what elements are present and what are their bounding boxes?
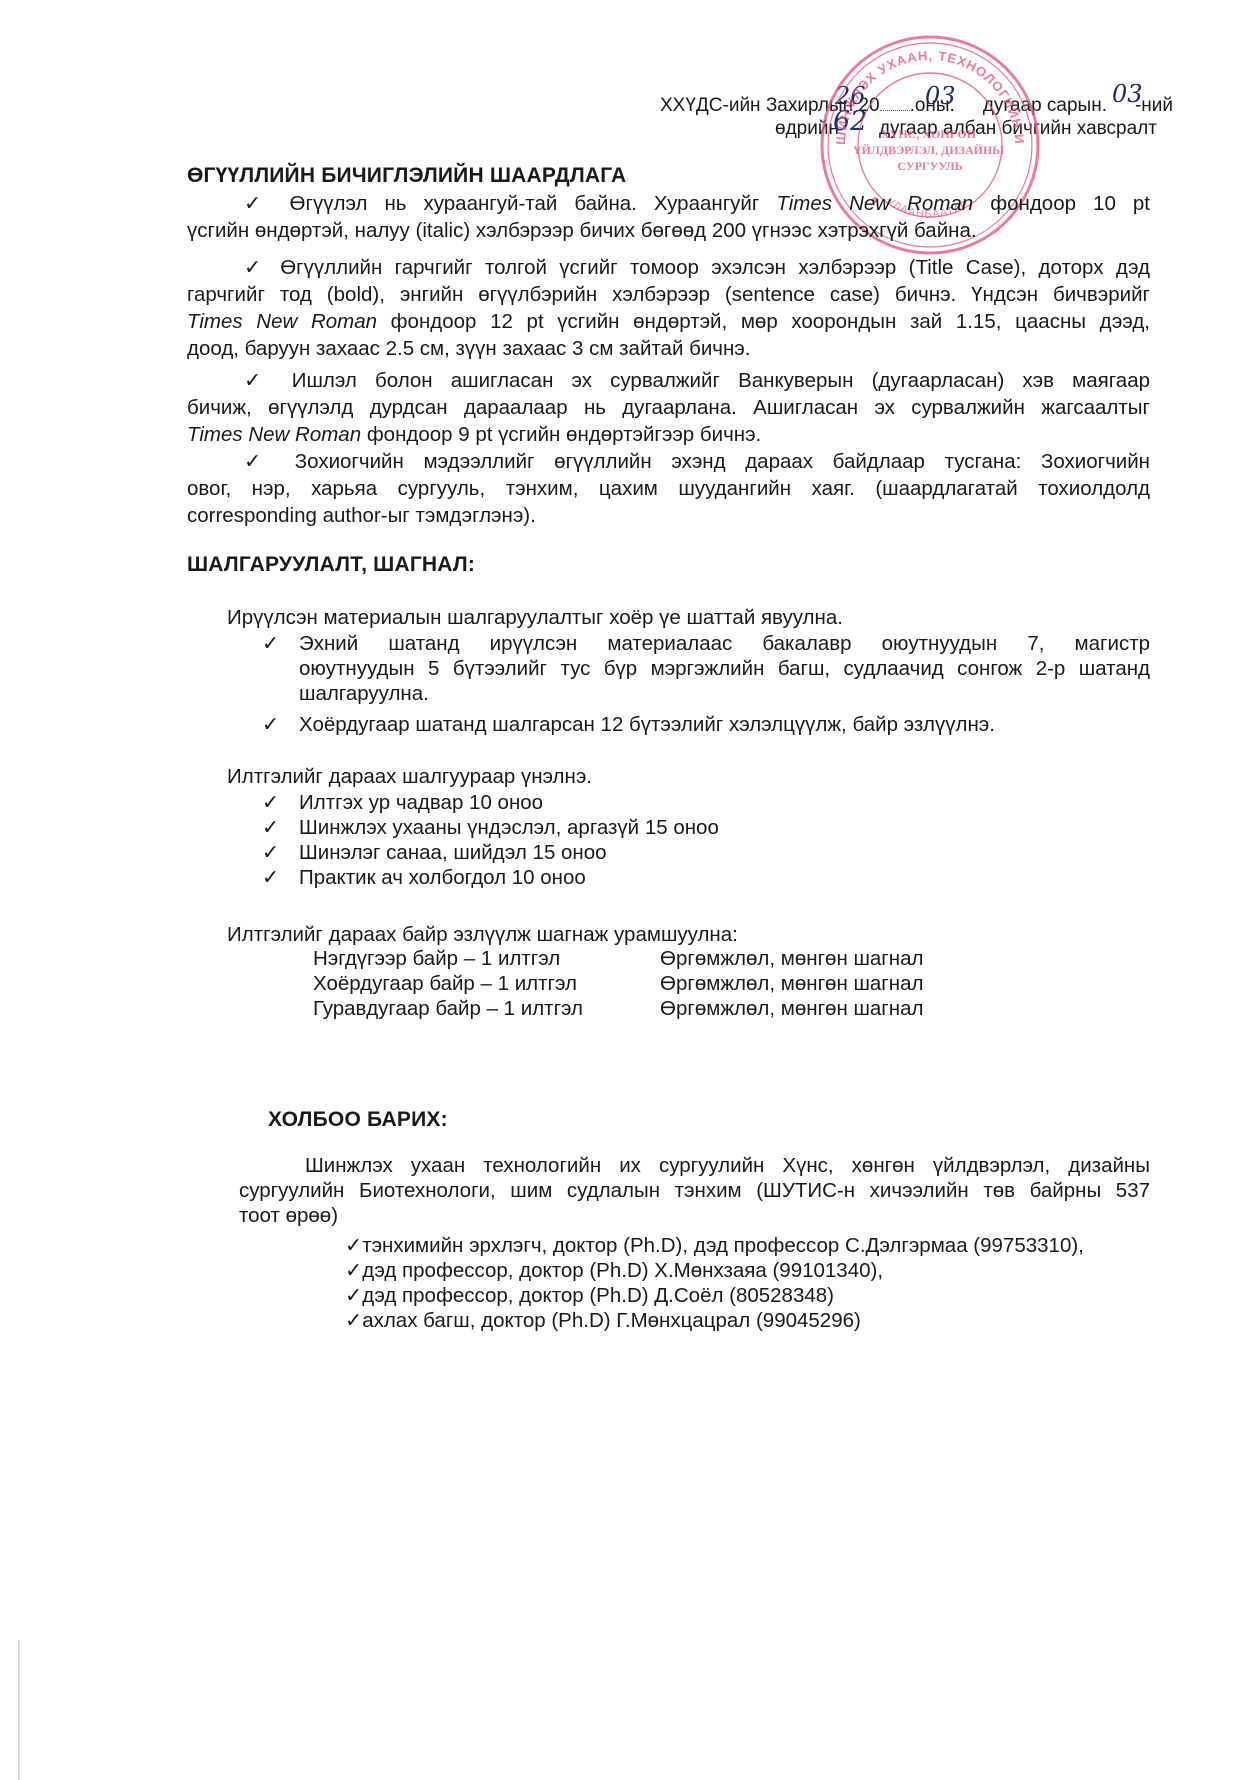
scan-edge xyxy=(18,1640,20,1780)
address-line: Шинжлэх ухаан технологийн их сургуулийн … xyxy=(305,1152,1150,1179)
check-icon: ✓ xyxy=(345,1259,362,1282)
paragraph-line: ✓ Өгүүллийн гарчгийг толгой үсгийг томоо… xyxy=(244,254,1150,281)
contact-item: ✓ахлах багш, доктор (Ph.D) Г.Мөнхцацрал … xyxy=(345,1307,861,1334)
award-prize: Өргөмжлөл, мөнгөн шагнал xyxy=(660,945,923,972)
handwritten-day: 03 xyxy=(1112,80,1143,108)
paragraph-line: ✓ Ишлэл болон ашигласан эх сурвалжийг Ва… xyxy=(244,367,1150,394)
stage-line: оюутнуудын 5 бүтээлийг тус бүр мэргэжлий… xyxy=(299,655,1150,682)
selection-intro: Ирүүлсэн материалын шалгаруулалтыг хоёр … xyxy=(227,604,843,631)
address-line: тоот өрөө) xyxy=(239,1202,338,1229)
awards-intro: Илтгэлийг дараах байр эзлүүлж шагнаж ура… xyxy=(227,921,738,948)
paragraph-line: бичиж, өгүүлэлд дурдсан дараалаар нь дуг… xyxy=(187,394,1150,421)
check-icon: ✓ xyxy=(345,1234,362,1257)
stage-line: шалгаруулна. xyxy=(299,680,429,707)
contact-text: дэд профессор, доктор (Ph.D) Х.Мөнхзаяа … xyxy=(362,1259,883,1282)
check-icon: ✓ xyxy=(345,1309,362,1332)
header-text: өдрийн xyxy=(775,118,839,139)
section-title-requirements: ӨГҮҮЛЛИЙН БИЧИГЛЭЛИЙН ШААРДЛАГА xyxy=(187,164,626,188)
header-text: дугаар албан бичгийн хавсралт xyxy=(879,118,1157,139)
check-icon: ✓ xyxy=(262,864,279,891)
paragraph-line: овог, нэр, харьяа сургууль, тэнхим, цахи… xyxy=(187,475,1150,502)
paragraph-line: Times New Roman фондоор 9 pt үсгийн өндө… xyxy=(187,421,761,448)
paragraph-line: үсгийн өндөртэй, налуу (italic) хэлбэрээ… xyxy=(187,217,977,244)
address-line: сургуулийн Биотехнологи, шим судлалын тэ… xyxy=(239,1177,1150,1204)
paragraph-line: Times New Roman фондоор 12 pt үсгийн өнд… xyxy=(187,308,1150,335)
check-icon: ✓ xyxy=(345,1284,362,1307)
stamp-center-3: СУРГУУЛЬ xyxy=(897,159,962,173)
paragraph-line: ✓ Зохиогчийн мэдээллийг өгүүллийн эхэнд … xyxy=(244,448,1150,475)
criterion-item: Шинэлэг санаа, шийдэл 15 оноо xyxy=(299,839,607,866)
criterion-item: Илтгэх ур чадвар 10 оноо xyxy=(299,789,543,816)
handwritten-number: 62 xyxy=(833,106,867,137)
paragraph-line: доод, баруун захаас 2.5 см, зүүн захаас … xyxy=(187,335,750,362)
criterion-item: Шинжлэх ухааны үндэслэл, аргазүй 15 оноо xyxy=(299,814,719,841)
stamp-center-2: ҮЙЛДВЭРЛЭЛ, ДИЗАЙНЫ xyxy=(853,143,1004,157)
criteria-intro: Илтгэлийг дараах шалгуураар үнэлнэ. xyxy=(227,763,592,790)
section-title-contact: ХОЛБОО БАРИХ: xyxy=(268,1108,448,1132)
criterion-item: Практик ач холбогдол 10 оноо xyxy=(299,864,586,891)
paragraph-line: corresponding author-ыг тэмдэглэнэ). xyxy=(187,502,536,529)
stage-line: Эхний шатанд ирүүлсэн материалаас бакала… xyxy=(299,630,1150,657)
check-icon: ✓ xyxy=(262,839,279,866)
header-text: дугаар сарын. xyxy=(983,95,1107,116)
check-icon: ✓ xyxy=(262,711,279,738)
contact-text: тэнхимийн эрхлэгч, доктор (Ph.D), дэд пр… xyxy=(362,1234,1084,1257)
check-icon: ✓ xyxy=(262,789,279,816)
contact-text: ахлах багш, доктор (Ph.D) Г.Мөнхцацрал (… xyxy=(362,1309,861,1332)
handwritten-month: 03 xyxy=(925,82,956,110)
paragraph-line: гарчгийг тод (bold), энгийн өгүүлбэрийн … xyxy=(187,281,1150,308)
stage-line: Хоёрдугаар шатанд шалгарсан 12 бүтээлийг… xyxy=(299,711,995,738)
contact-item: ✓дэд профессор, доктор (Ph.D) Д.Соёл (80… xyxy=(345,1282,834,1309)
award-place: Гуравдугаар байр – 1 илтгэл xyxy=(313,995,583,1022)
contact-item: ✓дэд профессор, доктор (Ph.D) Х.Мөнхзаяа… xyxy=(345,1257,883,1284)
section-title-selection: ШАЛГАРУУЛАЛТ, ШАГНАЛ: xyxy=(187,553,475,577)
award-prize: Өргөмжлөл, мөнгөн шагнал xyxy=(660,970,923,997)
award-prize: Өргөмжлөл, мөнгөн шагнал xyxy=(660,995,923,1022)
contact-item: ✓тэнхимийн эрхлэгч, доктор (Ph.D), дэд п… xyxy=(345,1232,1084,1259)
check-icon: ✓ xyxy=(262,630,279,657)
paragraph-line: ✓ Өгүүлэл нь хураангуй-тай байна. Хураан… xyxy=(244,190,1150,217)
award-place: Хоёрдугаар байр – 1 илтгэл xyxy=(313,970,577,997)
award-place: Нэгдүгээр байр – 1 илтгэл xyxy=(313,945,560,972)
contact-text: дэд профессор, доктор (Ph.D) Д.Соёл (805… xyxy=(362,1284,834,1307)
check-icon: ✓ xyxy=(262,814,279,841)
